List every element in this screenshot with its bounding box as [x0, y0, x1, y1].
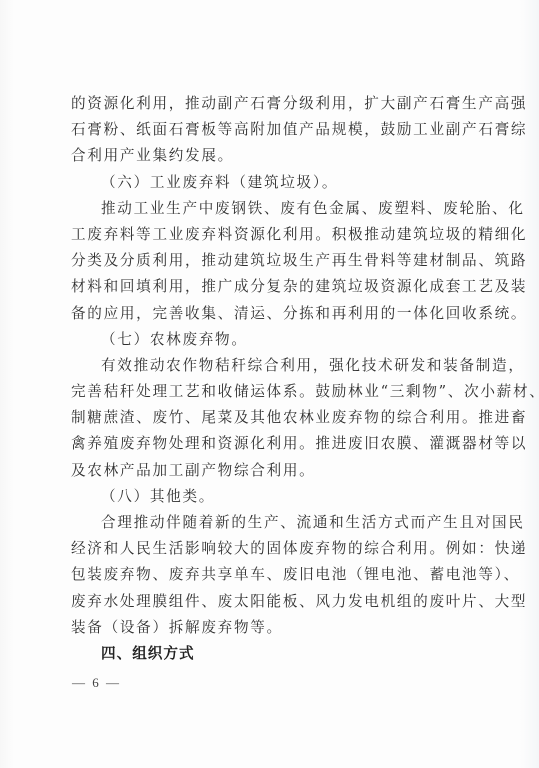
- document-body: 的资源化利用，推动副产石膏分级利用，扩大副产石膏生产高强 石膏粉、纸面石膏板等高…: [71, 91, 463, 667]
- section-heading-7: （七）农林废弃物。: [71, 327, 463, 353]
- paragraph-line: 推动工业生产中废钢铁、废有色金属、废塑料、废轮胎、化: [71, 196, 463, 222]
- paragraph-line: 合利用产业集约发展。: [71, 143, 463, 169]
- paragraph-line: 制糖蔗渣、废竹、尾菜及其他农林业废弃物的综合利用。推进畜: [71, 405, 463, 431]
- section-heading-6: （六）工业废弃料（建筑垃圾）。: [71, 170, 463, 196]
- paragraph-line: 分类及分质利用，推动建筑垃圾生产再生骨料等建材制品、筑路: [71, 248, 463, 274]
- paragraph-line: 石膏粉、纸面石膏板等高附加值产品规模，鼓励工业副产石膏综: [71, 117, 463, 143]
- paragraph-line: 经济和人民生活影响较大的固体废弃物的综合利用。例如：快递: [71, 536, 463, 562]
- paragraph-line: 的资源化利用，推动副产石膏分级利用，扩大副产石膏生产高强: [71, 91, 463, 117]
- document-page: 的资源化利用，推动副产石膏分级利用，扩大副产石膏生产高强 石膏粉、纸面石膏板等高…: [0, 0, 539, 768]
- paragraph-line: 合理推动伴随着新的生产、流通和生活方式而产生且对国民: [71, 510, 463, 536]
- paragraph-line: 备的应用，完善收集、清运、分拣和再利用的一体化回收系统。: [71, 301, 463, 327]
- chapter-heading-4: 四、组织方式: [71, 641, 463, 667]
- paragraph-line: 包装废弃物、废弃共享单车、废旧电池（锂电池、蓄电池等）、: [71, 562, 463, 588]
- paragraph-line: 废弃水处理膜组件、废太阳能板、风力发电机组的废叶片、大型: [71, 589, 463, 615]
- paragraph-line: 工废弃料等工业废弃料资源化利用。积极推动建筑垃圾的精细化: [71, 222, 463, 248]
- paragraph-line: 装备（设备）拆解废弃物等。: [71, 615, 463, 641]
- section-heading-8: （八）其他类。: [71, 484, 463, 510]
- page-number: — 6 —: [72, 675, 121, 691]
- paragraph-line: 材料和回填利用，推广成分复杂的建筑垃圾资源化成套工艺及装: [71, 274, 463, 300]
- paragraph-line: 有效推动农作物秸秆综合利用，强化技术研发和装备制造，: [71, 353, 463, 379]
- paragraph-line: 完善秸秆处理工艺和收储运体系。鼓励林业“三剩物”、次小薪材、: [71, 379, 463, 405]
- paragraph-line: 禽养殖废弃物处理和资源化利用。推进废旧农膜、灌溉器材等以: [71, 431, 463, 457]
- paragraph-line: 及农林产品加工副产物综合利用。: [71, 458, 463, 484]
